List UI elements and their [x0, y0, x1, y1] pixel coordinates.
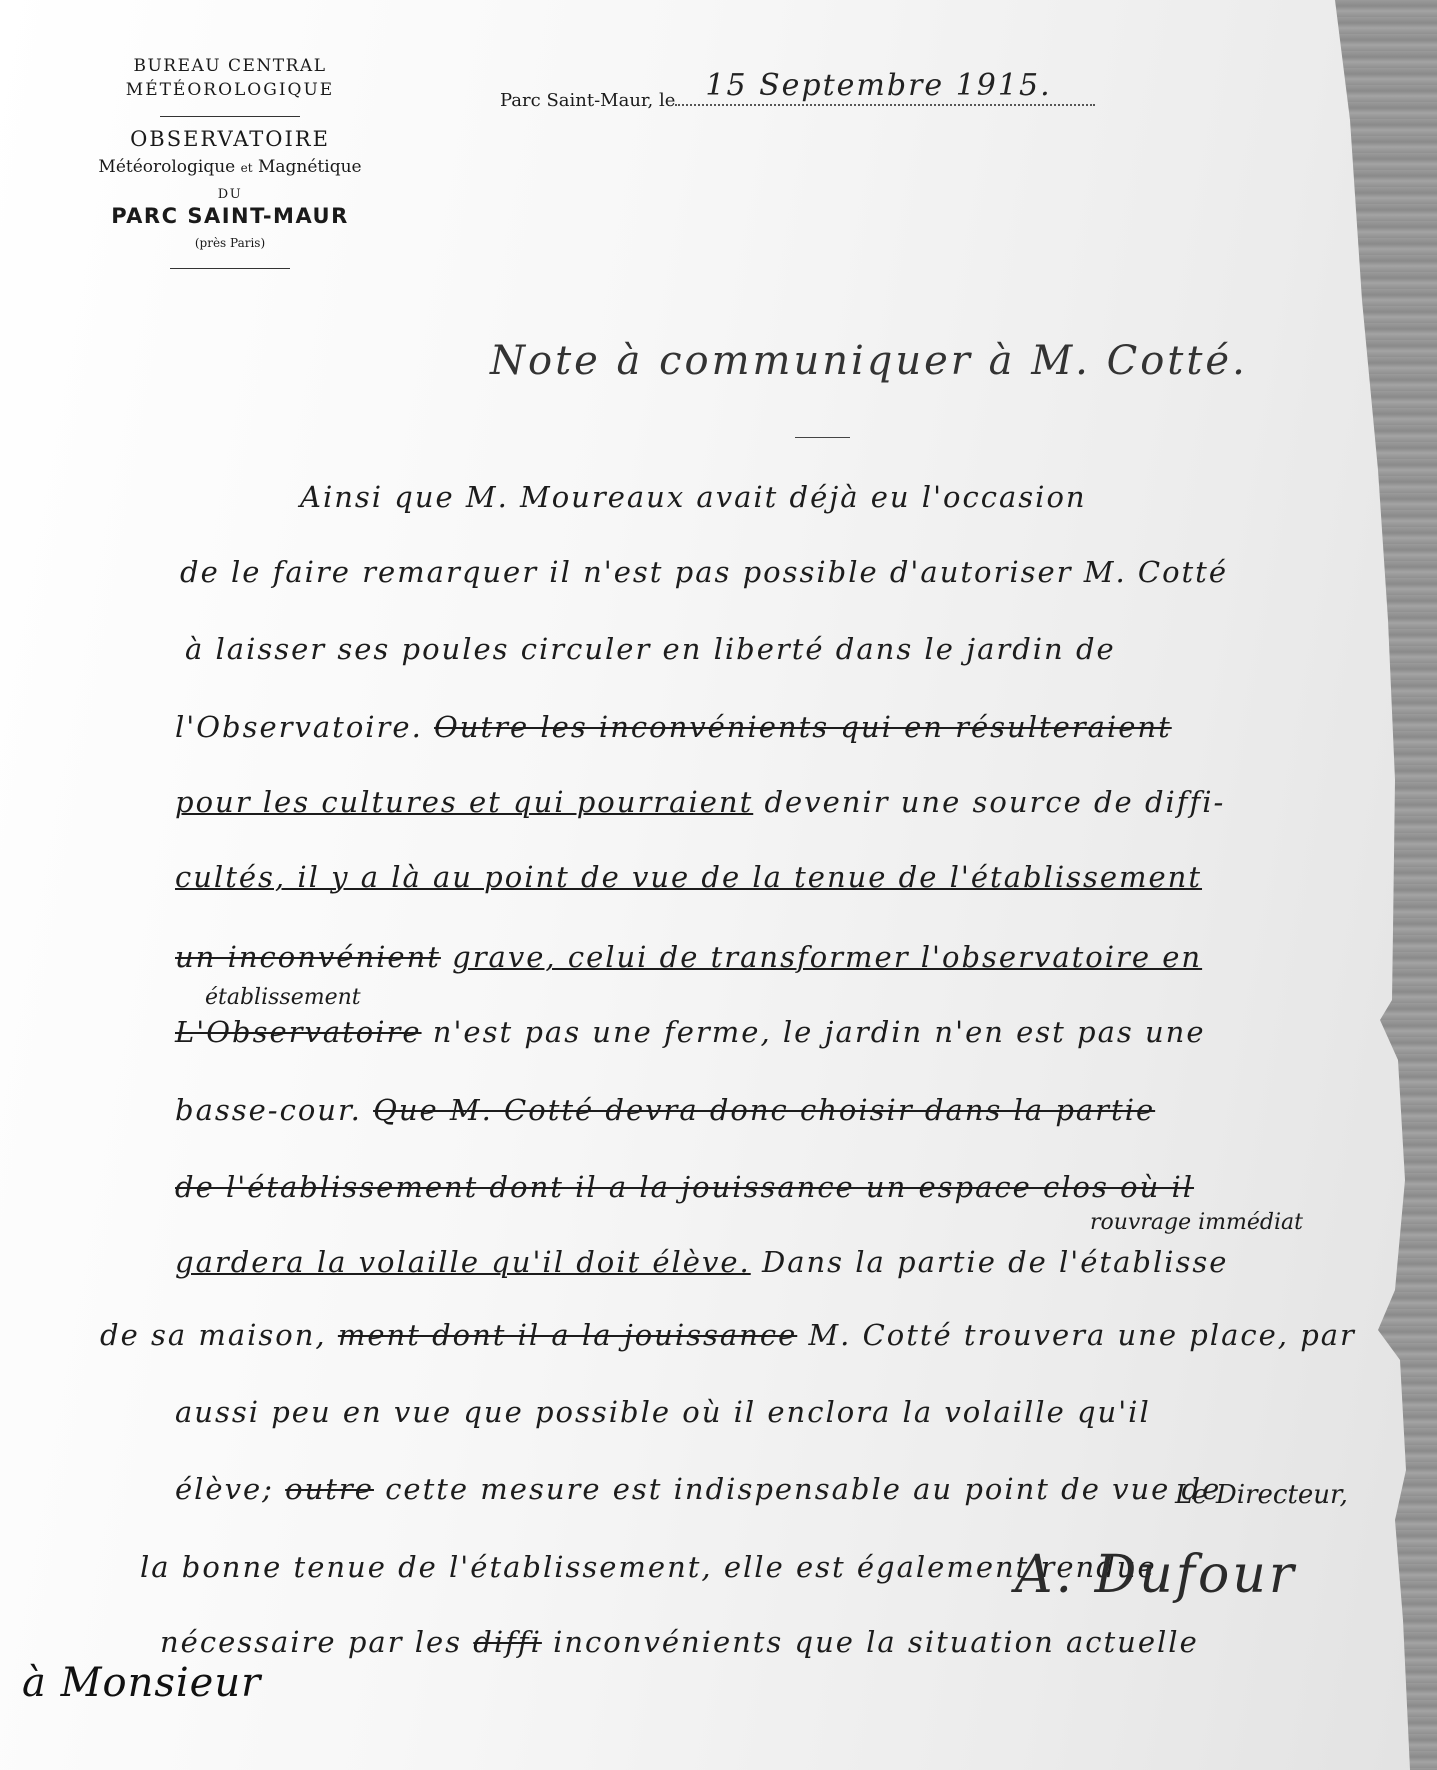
line-text: M. Cotté trouvera une place, par [808, 1318, 1355, 1352]
line-text: devenir une source de diffi- [764, 785, 1225, 819]
struck-text: pour les cultures et qui pourraient [175, 785, 753, 819]
line-text: n'est pas une ferme, le jardin n'en est … [433, 1015, 1206, 1049]
letterhead: BUREAU CENTRAL MÉTÉOROLOGIQUE OBSERVATOI… [70, 56, 390, 269]
line-text: cette mesure est indispensable au point … [385, 1472, 1221, 1506]
struck-text: de l'établissement dont il a la jouissan… [175, 1170, 1194, 1204]
letterhead-subtitle-a: Météorologique [98, 157, 235, 177]
struck-text: Outre les inconvénients qui en résultera… [434, 710, 1172, 744]
letterhead-bureau: BUREAU CENTRAL [70, 56, 390, 76]
struck-text: diffi [473, 1625, 542, 1659]
line-text: Ainsi que M. Moureaux avait déjà eu l'oc… [300, 480, 1087, 514]
inserted-word: rouvrage immédiat [1090, 1210, 1303, 1235]
letterhead-subtitle-c: Magnétique [258, 157, 362, 177]
line-text: à laisser ses poules circuler en liberté… [185, 632, 1116, 666]
dateline-handwritten: 15 Septembre 1915. [705, 68, 1051, 103]
letterhead-meteorologique: MÉTÉOROLOGIQUE [70, 80, 390, 100]
body-line: la bonne tenue de l'établissement, elle … [140, 1550, 1157, 1584]
inserted-word: établissement [205, 985, 361, 1010]
line-text: élève; [175, 1472, 274, 1506]
line-text: nécessaire par les [160, 1625, 462, 1659]
line-text: de le faire remarquer il n'est pas possi… [180, 555, 1228, 589]
body-line: basse-cour. Que M. Cotté devra donc choi… [175, 1093, 1155, 1127]
body-line: un inconvénient grave, celui de transfor… [175, 940, 1202, 974]
body-line: pour les cultures et qui pourraient deve… [175, 785, 1225, 819]
dateline: Parc Saint-Maur, le15 Septembre 1915. [500, 88, 1095, 111]
body-line: Ainsi que M. Moureaux avait déjà eu l'oc… [300, 480, 1087, 514]
body-line: nécessaire par les diffi inconvénients q… [160, 1625, 1199, 1659]
body-line: de sa maison, ment dont il a la jouissan… [100, 1318, 1356, 1352]
line-text: l'Observatoire. [175, 710, 423, 744]
line-text: inconvénients que la situation actuelle [553, 1625, 1199, 1659]
letterhead-du: DU [70, 187, 390, 202]
letterhead-rule [170, 268, 290, 269]
struck-text: L'Observatoire [175, 1015, 422, 1049]
title-rule [795, 437, 850, 438]
letterhead-place: PARC SAINT-MAUR [70, 204, 390, 228]
line-text: de sa maison, [100, 1318, 327, 1352]
body-line: L'Observatoire n'est pas une ferme, le j… [175, 1015, 1206, 1049]
letterhead-pres-paris: (près Paris) [70, 236, 390, 250]
letterhead-observatoire: OBSERVATOIRE [70, 127, 390, 151]
letter-paper: BUREAU CENTRAL MÉTÉOROLOGIQUE OBSERVATOI… [0, 0, 1437, 1770]
line-text: basse-cour. [175, 1093, 362, 1127]
struck-text: cultés, il y a là au point de vue de la … [175, 860, 1202, 894]
letterhead-subtitle-et: et [241, 161, 253, 175]
struck-text: un inconvénient [175, 940, 441, 974]
body-line: de l'établissement dont il a la jouissan… [175, 1170, 1194, 1204]
body-line: aussi peu en vue que possible où il encl… [175, 1395, 1151, 1429]
line-text: Dans la partie de l'établisse [762, 1245, 1228, 1279]
body-line: cultés, il y a là au point de vue de la … [175, 860, 1202, 894]
body-line: l'Observatoire. Outre les inconvénients … [175, 710, 1172, 744]
body-line: à laisser ses poules circuler en liberté… [185, 632, 1116, 666]
struck-text: gardera la volaille qu'il doit élève. [175, 1245, 751, 1279]
letterhead-subtitle: Météorologique et Magnétique [70, 157, 390, 177]
struck-text: Que M. Cotté devra donc choisir dans la … [373, 1093, 1155, 1127]
recipient-salutation: à Monsieur [22, 1660, 261, 1706]
struck-text: outre [285, 1472, 374, 1506]
body-line: de le faire remarquer il n'est pas possi… [180, 555, 1228, 589]
ornament-divider [160, 108, 300, 117]
line-text: grave, celui de transformer l'observatoi… [452, 940, 1202, 974]
body-line: gardera la volaille qu'il doit élève. Da… [175, 1245, 1228, 1279]
signature-role: Le Directeur, [1175, 1480, 1348, 1510]
struck-text: ment dont il a la jouissance [338, 1318, 797, 1352]
dateline-dotted-field: 15 Septembre 1915. [675, 88, 1095, 106]
line-text: aussi peu en vue que possible où il encl… [175, 1395, 1151, 1429]
line-text: la bonne tenue de l'établissement, elle … [140, 1550, 1157, 1584]
body-line: élève; outre cette mesure est indispensa… [175, 1472, 1221, 1506]
dateline-printed: Parc Saint-Maur, le [500, 90, 675, 111]
signature: A. Dufour [1015, 1545, 1297, 1605]
note-title: Note à communiquer à M. Cotté. [490, 338, 1248, 384]
